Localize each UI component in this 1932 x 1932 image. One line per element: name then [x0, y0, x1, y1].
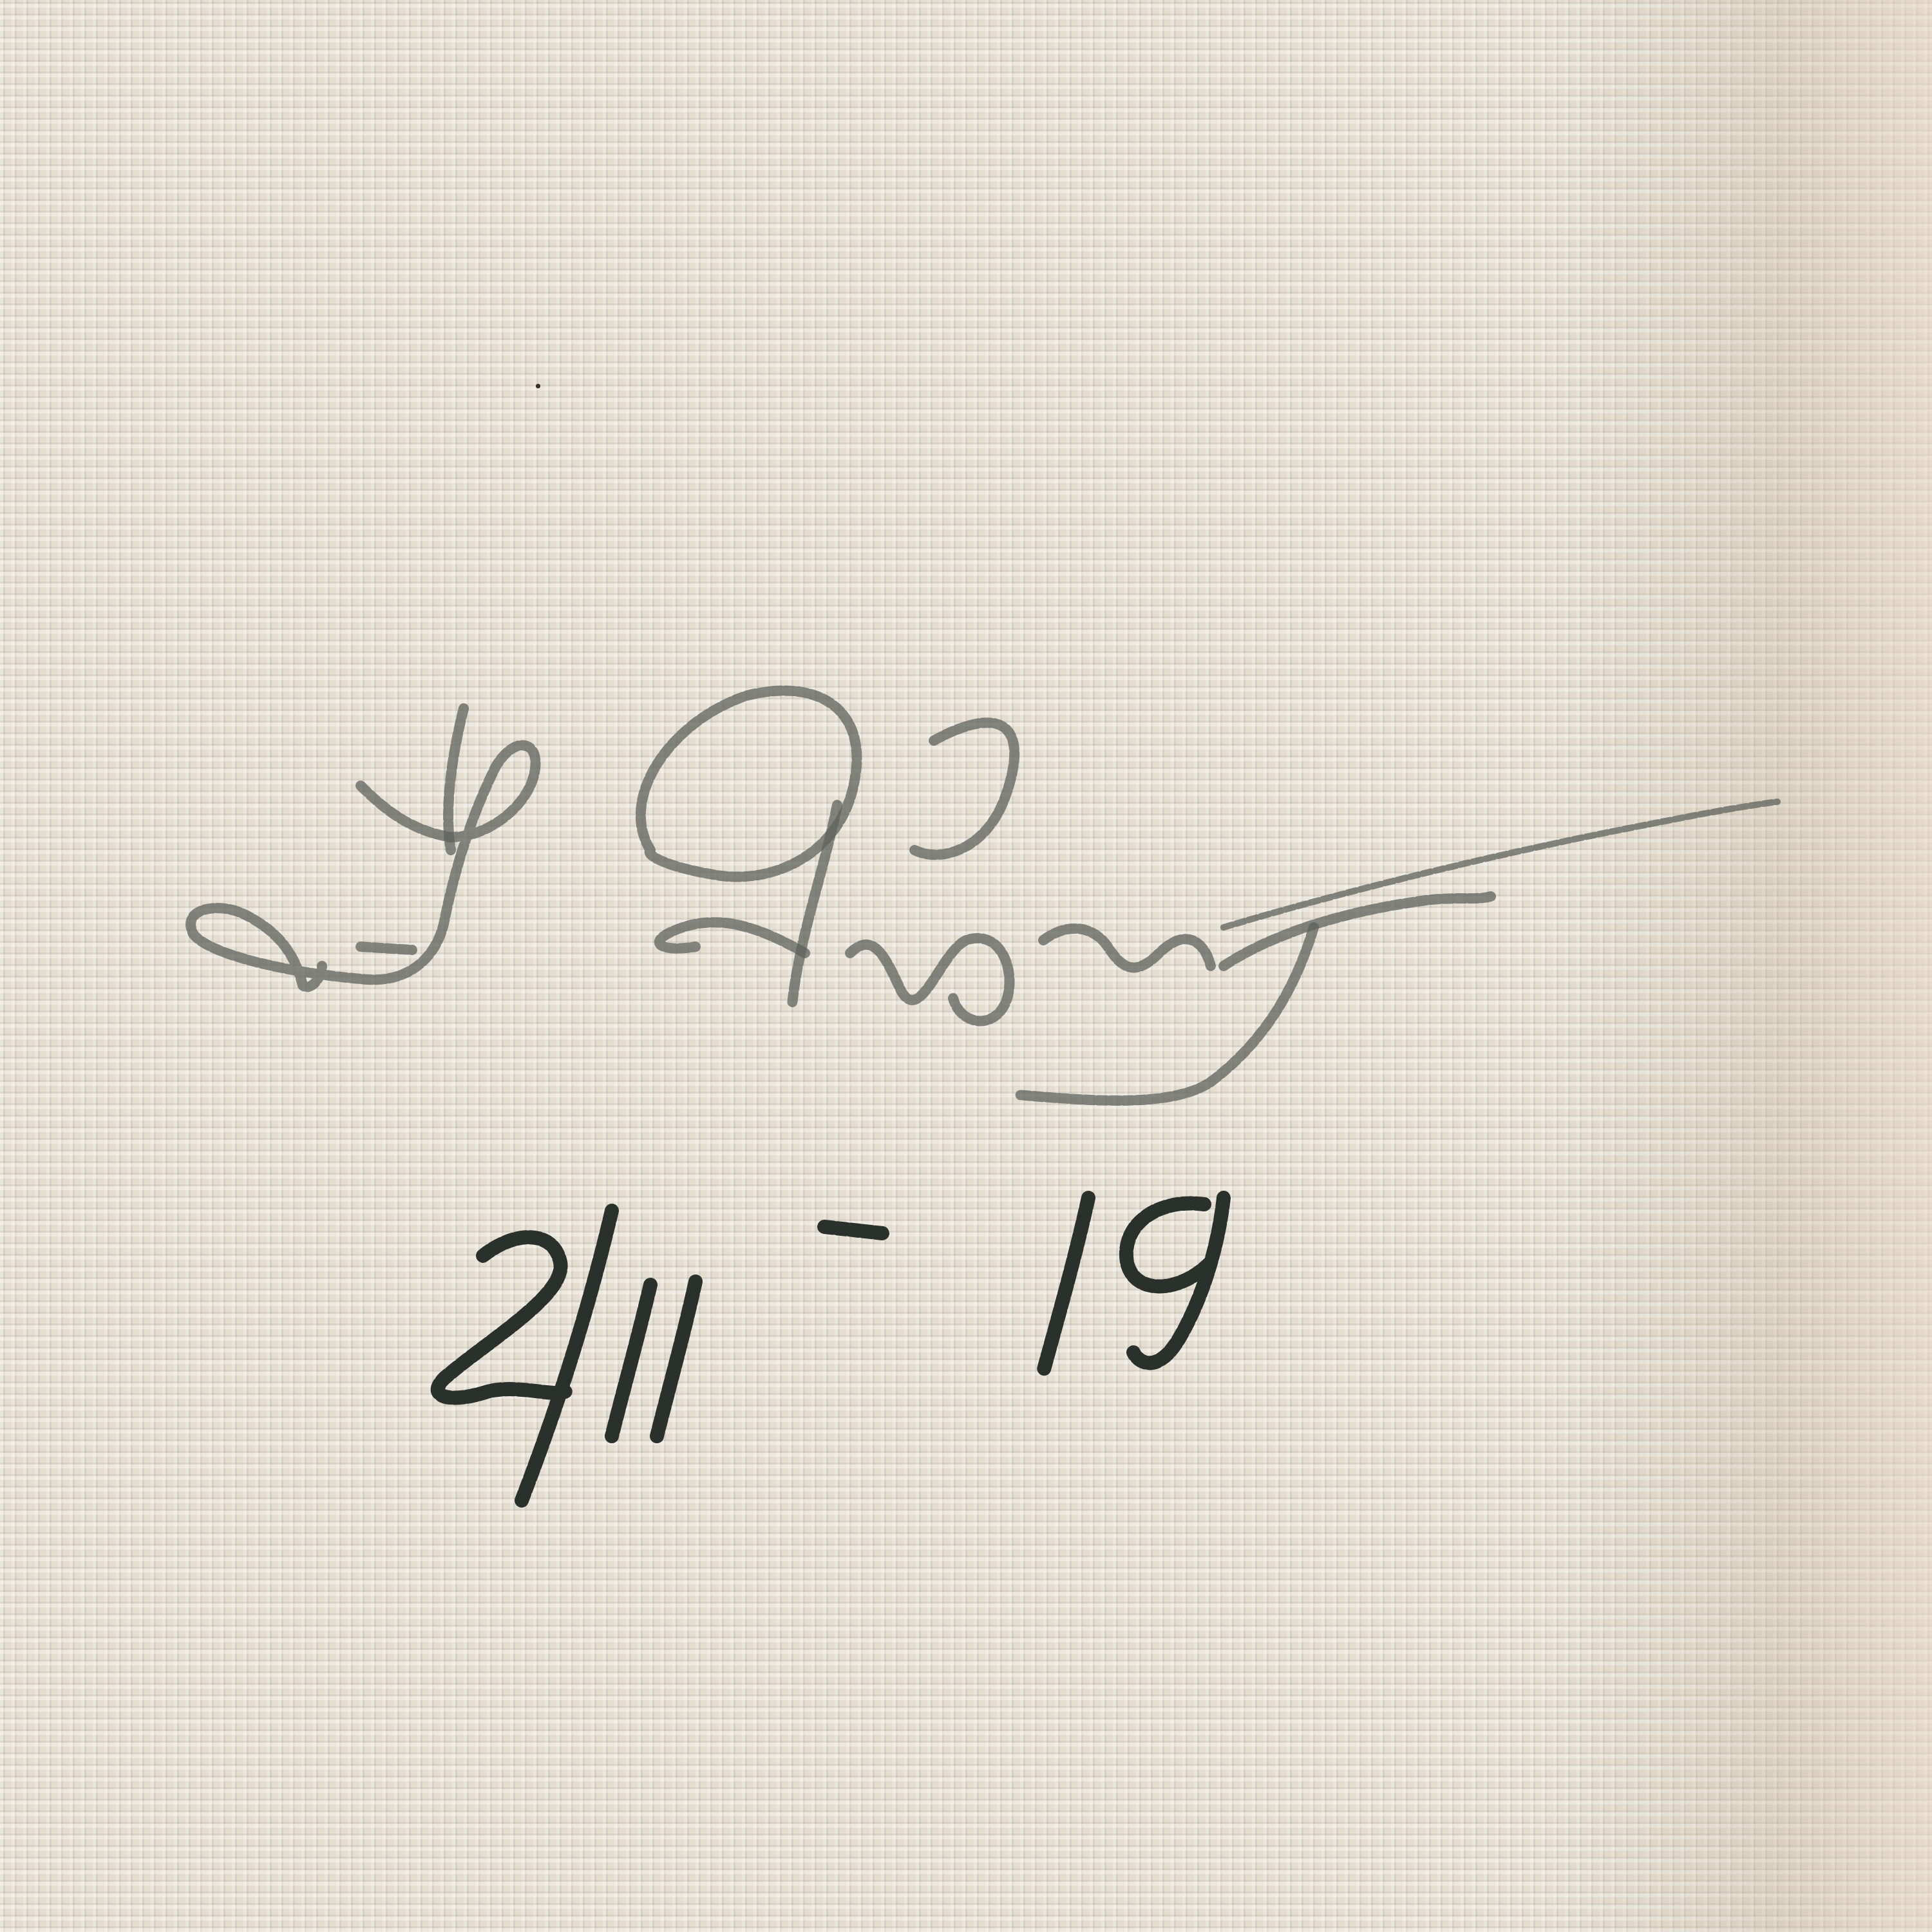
signature-drawing [0, 0, 1932, 1932]
signature [191, 690, 1777, 1101]
date [438, 1198, 1224, 1501]
